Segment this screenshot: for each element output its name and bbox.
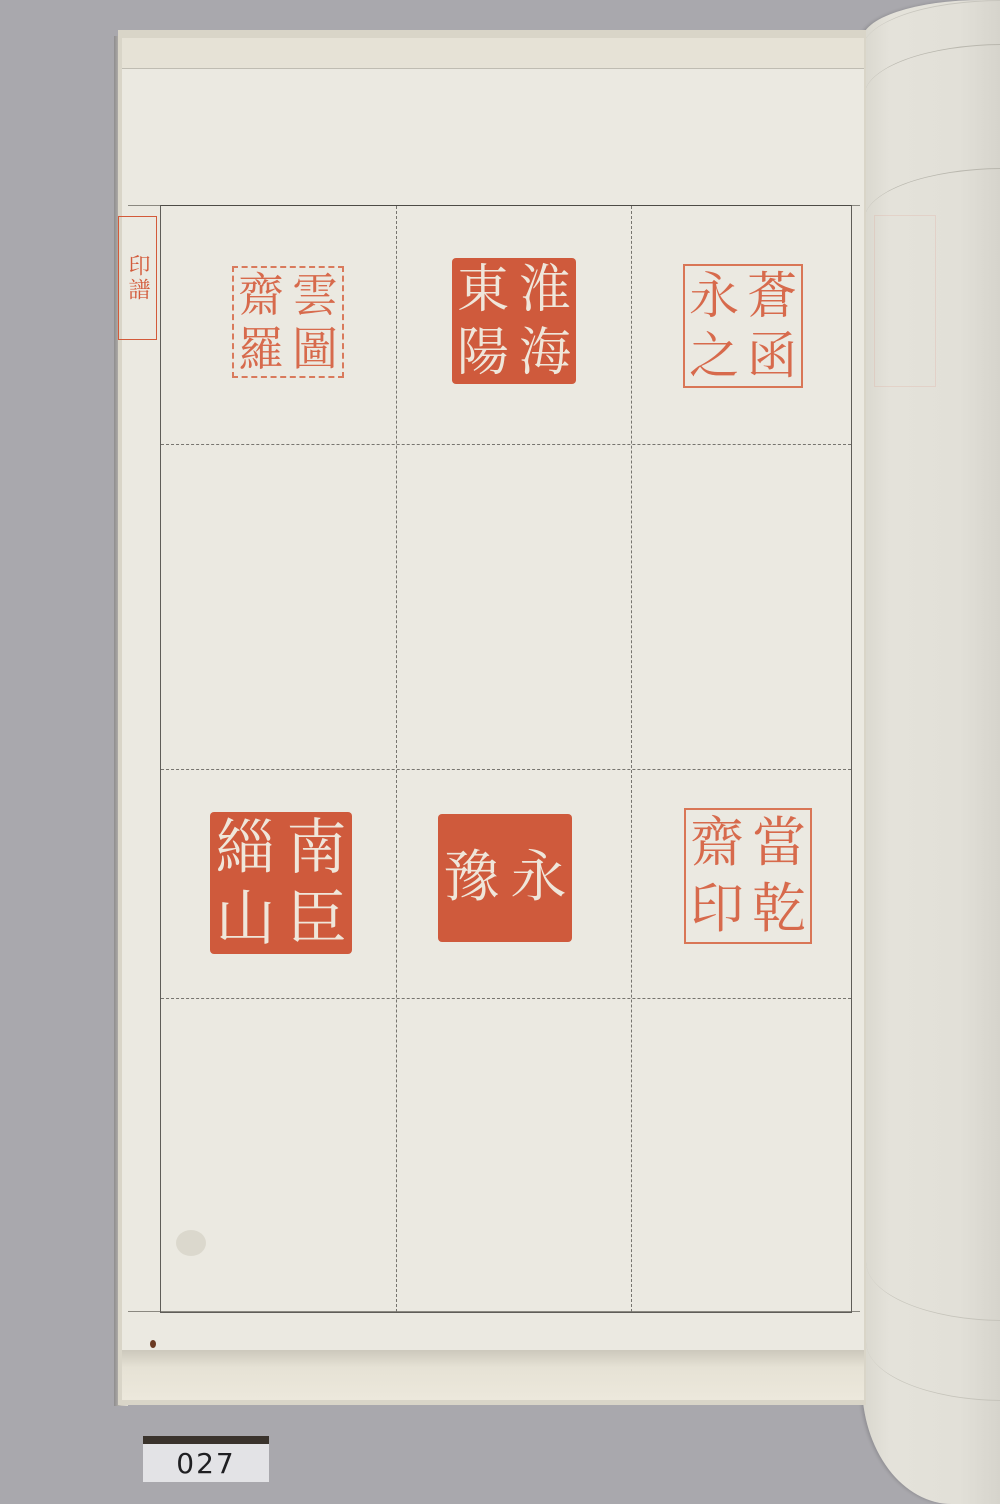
grid-row-divider [161,998,851,999]
page-edge-band [866,1330,1000,1401]
page-edge-band [866,1250,1000,1321]
seal-impression-6: 當 乾 齋 印 [684,808,812,944]
seal-char: 緇 [216,818,276,878]
seal-char: 山 [216,889,276,949]
seal-char: 當 [752,816,806,870]
seal-impression-1: 雲 圖 齋 羅 [232,266,344,378]
seal-char: 羅 [238,326,284,372]
seal-char: 豫 [444,850,500,906]
seal-char: 陽 [457,327,509,379]
seal-char: 齋 [690,816,744,870]
seal-char: 永 [511,850,567,906]
seal-char: 南 [287,818,347,878]
seal-impression-2: 淮 海 東 陽 [452,258,576,384]
seal-impression-4: 南 臣 緇 山 [210,812,352,954]
right-page-stack [862,0,1000,1504]
seal-char: 函 [747,331,797,381]
side-title-cartouche: 印譜 [118,216,157,340]
seal-char: 東 [457,264,509,316]
paper-stain [176,1230,206,1256]
seal-char: 齋 [238,272,284,318]
seal-impression-5: 永 豫 [438,814,572,942]
grid-row-divider [161,769,851,770]
seal-char: 雲 [292,272,338,318]
ink-speck [150,1340,156,1348]
seal-char: 臣 [287,889,347,949]
plate-number-label: 027 [143,1436,269,1482]
seal-char: 海 [519,327,571,379]
seal-char: 永 [689,271,739,321]
seal-char: 乾 [752,882,806,936]
seal-impression-3: 蒼 函 永 之 [683,264,803,388]
grid-column-divider [631,206,632,1312]
seal-char: 圖 [292,326,338,372]
seal-char: 蒼 [747,271,797,321]
ghost-seal-bleed [874,215,936,387]
seal-char: 印 [690,882,744,936]
seal-char: 淮 [519,264,571,316]
seal-char: 之 [689,331,739,381]
grid-column-divider [396,206,397,1312]
grid-row-divider [161,444,851,445]
